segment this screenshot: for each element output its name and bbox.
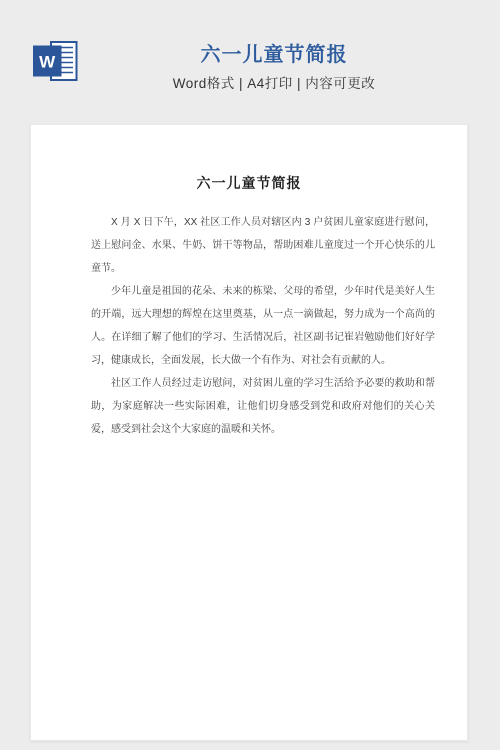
document-paragraph: 少年儿童是祖国的花朵、未来的栋梁、父母的希望，少年时代是美好人生的开端，远大理想… [91, 280, 435, 372]
header-text: 六一儿童节简报 Word格式 | A4打印 | 内容可更改 [48, 0, 500, 93]
page-subtitle: Word格式 | A4打印 | 内容可更改 [48, 75, 500, 93]
document-paragraph: 社区工作人员经过走访慰问，对贫困儿童的学习生活给予必要的救助和帮助，为家庭解决一… [91, 372, 435, 441]
document-page: 六一儿童节简报 X 月 X 日下午，XX 社区工作人员对辖区内 3 户贫困儿童家… [30, 124, 468, 741]
page-background: W 六一儿童节简报 Word格式 | A4打印 | 内容可更改 六一儿童节简报 … [0, 0, 500, 750]
svg-text:W: W [39, 53, 56, 72]
page-title: 六一儿童节简报 [48, 42, 500, 68]
word-icon-w-panel: W [33, 46, 62, 77]
header: W 六一儿童节简报 Word格式 | A4打印 | 内容可更改 [0, 0, 500, 93]
document-paragraph: X 月 X 日下午，XX 社区工作人员对辖区内 3 户贫困儿童家庭进行慰问，送上… [91, 211, 435, 280]
word-icon: W [33, 41, 78, 81]
document-body: X 月 X 日下午，XX 社区工作人员对辖区内 3 户贫困儿童家庭进行慰问，送上… [91, 211, 435, 441]
document-title: 六一儿童节简报 [31, 125, 467, 195]
